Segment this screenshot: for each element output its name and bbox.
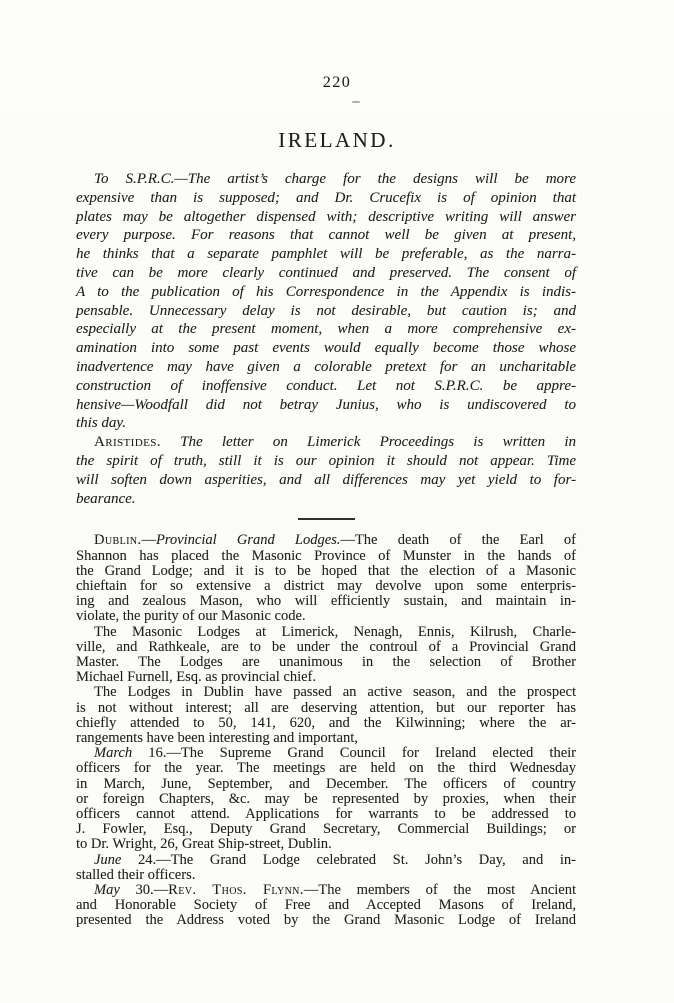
text-run: ville, and Rathkeale, are to be under th… [76, 639, 576, 655]
text-line: the Grand Lodge; and it is to be hoped t… [76, 564, 576, 579]
text-run: Shannon has placed the Masonic Province … [76, 548, 576, 564]
text-run: —The members of the most Ancient [304, 882, 576, 898]
text-line: stalled their officers. [76, 868, 576, 883]
text-run: 30.— [120, 882, 168, 898]
text-run: chiefly attended to 50, 141, 620, and th… [76, 715, 576, 731]
page-number: 220 [0, 74, 674, 92]
text-line: The Lodges in Dublin have passed an acti… [76, 685, 576, 700]
paragraph: The Masonic Lodges at Limerick, Nenagh, … [76, 625, 576, 686]
text-line: June 24.—The Grand Lodge celebrated St. … [76, 853, 576, 868]
text-run: stalled their officers. [76, 867, 195, 883]
text-run: Master. The Lodges are unanimous in the … [76, 654, 576, 670]
paragraph: March 16.—The Supreme Grand Council for … [76, 746, 576, 852]
text-line: rangements have been interesting and imp… [76, 731, 576, 746]
text-line: inadvertence may have given a colorable … [76, 358, 576, 377]
text-run: The letter on Limerick Proceedings is wr… [161, 434, 576, 450]
text-run: pensable. Unnecessary delay is not desir… [76, 303, 576, 319]
text-run: he thinks that a separate pamphlet will … [76, 246, 576, 262]
text-run: To S.P.R.C.—The artist’s charge for the … [94, 171, 576, 187]
document-page: 220 IRELAND. To S.P.R.C.—The artist’s ch… [0, 0, 674, 1003]
news-section: Dublin.—Provincial Grand Lodges.—The dea… [76, 533, 576, 928]
page-title: IRELAND. [0, 128, 674, 153]
text-line: A to the publication of his Corresponden… [76, 283, 576, 302]
text-run: hensive—Woodfall did not betray Junius, … [76, 397, 576, 413]
text-run: violate, the purity of our Masonic code. [76, 608, 306, 624]
text-line: especially at the present moment, when a… [76, 320, 576, 339]
text-line: is not without interest; all are deservi… [76, 701, 576, 716]
text-line: hensive—Woodfall did not betray Junius, … [76, 396, 576, 415]
text-line: every purpose. For reasons that cannot w… [76, 226, 576, 245]
text-run: this day. [76, 415, 126, 431]
text-line: he thinks that a separate pamphlet will … [76, 245, 576, 264]
text-line: To S.P.R.C.—The artist’s charge for the … [76, 170, 576, 189]
text-run: is not without interest; all are deservi… [76, 700, 576, 716]
text-line: Dublin.—Provincial Grand Lodges.—The dea… [76, 533, 576, 548]
text-run: officers for the year. The meetings are … [76, 760, 576, 776]
text-run: especially at the present moment, when a… [76, 321, 576, 337]
paragraph: Dublin.—Provincial Grand Lodges.—The dea… [76, 533, 576, 624]
italic-phrase: June [94, 852, 121, 868]
text-line: this day. [76, 414, 576, 433]
text-line: May 30.—Rev. Thos. Flynn.—The members of… [76, 883, 576, 898]
text-line: chieftain for so extensive a district ma… [76, 579, 576, 594]
text-run: 16.—The Supreme Grand Council for Irelan… [132, 745, 576, 761]
paragraph: May 30.—Rev. Thos. Flynn.—The members of… [76, 883, 576, 929]
text-line: The Masonic Lodges at Limerick, Nenagh, … [76, 625, 576, 640]
text-line: J. Fowler, Esq., Deputy Grand Secretary,… [76, 822, 576, 837]
text-line: officers cannot attend. Applications for… [76, 807, 576, 822]
text-run: plates may be altogether dispensed with;… [76, 209, 576, 225]
text-run: inadvertence may have given a colorable … [76, 359, 576, 375]
ink-speck-artifact [352, 101, 360, 103]
text-line: amination into some past events would eq… [76, 339, 576, 358]
text-line: Michael Furnell, Esq. as provincial chie… [76, 670, 576, 685]
text-line: the spirit of truth, still it is our opi… [76, 452, 576, 471]
paragraph: The Lodges in Dublin have passed an acti… [76, 685, 576, 746]
paragraph: Aristides. The letter on Limerick Procee… [76, 433, 576, 508]
text-line: tive can be more clearly continued and p… [76, 264, 576, 283]
text-run: ing and zealous Mason, who will efficien… [76, 593, 576, 609]
text-line: will soften down asperities, and all dif… [76, 471, 576, 490]
text-run: every purpose. For reasons that cannot w… [76, 227, 576, 243]
text-line: expensive than is supposed; and Dr. Cruc… [76, 189, 576, 208]
text-run: and Honorable Society of Free and Accept… [76, 897, 576, 913]
text-run: chieftain for so extensive a district ma… [76, 578, 576, 594]
text-run: The Masonic Lodges at Limerick, Nenagh, … [94, 624, 576, 640]
text-run: construction of inoffensive conduct. Let… [76, 378, 576, 394]
text-line: Shannon has placed the Masonic Province … [76, 549, 576, 564]
text-line: Aristides. The letter on Limerick Procee… [76, 433, 576, 452]
text-line: pensable. Unnecessary delay is not desir… [76, 302, 576, 321]
text-run: Michael Furnell, Esq. as provincial chie… [76, 669, 316, 685]
text-run: presented the Address voted by the Grand… [76, 912, 576, 928]
paragraph: To S.P.R.C.—The artist’s charge for the … [76, 170, 576, 433]
text-line: Master. The Lodges are unanimous in the … [76, 655, 576, 670]
text-run: bearance. [76, 491, 136, 507]
text-run: tive can be more clearly continued and p… [76, 265, 576, 281]
text-run: in March, June, September, and December.… [76, 776, 576, 792]
text-run: the Grand Lodge; and it is to be hoped t… [76, 563, 576, 579]
section-divider [298, 518, 355, 520]
text-run: to Dr. Wright, 26, Great Ship-street, Du… [76, 836, 332, 852]
text-run: —The death of the Earl of [340, 532, 576, 548]
text-run: or foreign Chapters, &c. may be represen… [76, 791, 576, 807]
italic-phrase: May [94, 882, 120, 898]
italic-phrase: March [94, 745, 132, 761]
text-line: construction of inoffensive conduct. Let… [76, 377, 576, 396]
text-line: or foreign Chapters, &c. may be represen… [76, 792, 576, 807]
text-line: plates may be altogether dispensed with;… [76, 208, 576, 227]
text-line: presented the Address voted by the Grand… [76, 913, 576, 928]
text-line: bearance. [76, 490, 576, 509]
text-run: rangements have been interesting and imp… [76, 730, 358, 746]
correspondence-section: To S.P.R.C.—The artist’s charge for the … [76, 170, 576, 508]
text-block: To S.P.R.C.—The artist’s charge for the … [76, 170, 576, 929]
text-run: 24.—The Grand Lodge celebrated St. John’… [121, 852, 576, 868]
small-caps-name: Dublin. [94, 532, 141, 548]
text-run: will soften down asperities, and all dif… [76, 472, 576, 488]
paragraph: June 24.—The Grand Lodge celebrated St. … [76, 853, 576, 883]
text-line: officers for the year. The meetings are … [76, 761, 576, 776]
text-run: officers cannot attend. Applications for… [76, 806, 576, 822]
small-caps-name: Aristides. [94, 434, 161, 450]
text-run: A to the publication of his Corresponden… [76, 284, 576, 300]
text-run: — [141, 532, 156, 548]
text-line: violate, the purity of our Masonic code. [76, 609, 576, 624]
small-caps-name: Rev. Thos. Flynn. [168, 882, 304, 898]
text-line: chiefly attended to 50, 141, 620, and th… [76, 716, 576, 731]
text-line: ing and zealous Mason, who will efficien… [76, 594, 576, 609]
text-run: J. Fowler, Esq., Deputy Grand Secretary,… [76, 821, 576, 837]
text-line: and Honorable Society of Free and Accept… [76, 898, 576, 913]
text-line: to Dr. Wright, 26, Great Ship-street, Du… [76, 837, 576, 852]
italic-phrase: Provincial Grand Lodges. [156, 532, 340, 548]
text-run: The Lodges in Dublin have passed an acti… [94, 684, 576, 700]
text-line: March 16.—The Supreme Grand Council for … [76, 746, 576, 761]
text-run: the spirit of truth, still it is our opi… [76, 453, 576, 469]
text-line: in March, June, September, and December.… [76, 777, 576, 792]
text-run: amination into some past events would eq… [76, 340, 576, 356]
text-line: ville, and Rathkeale, are to be under th… [76, 640, 576, 655]
text-run: expensive than is supposed; and Dr. Cruc… [76, 190, 576, 206]
